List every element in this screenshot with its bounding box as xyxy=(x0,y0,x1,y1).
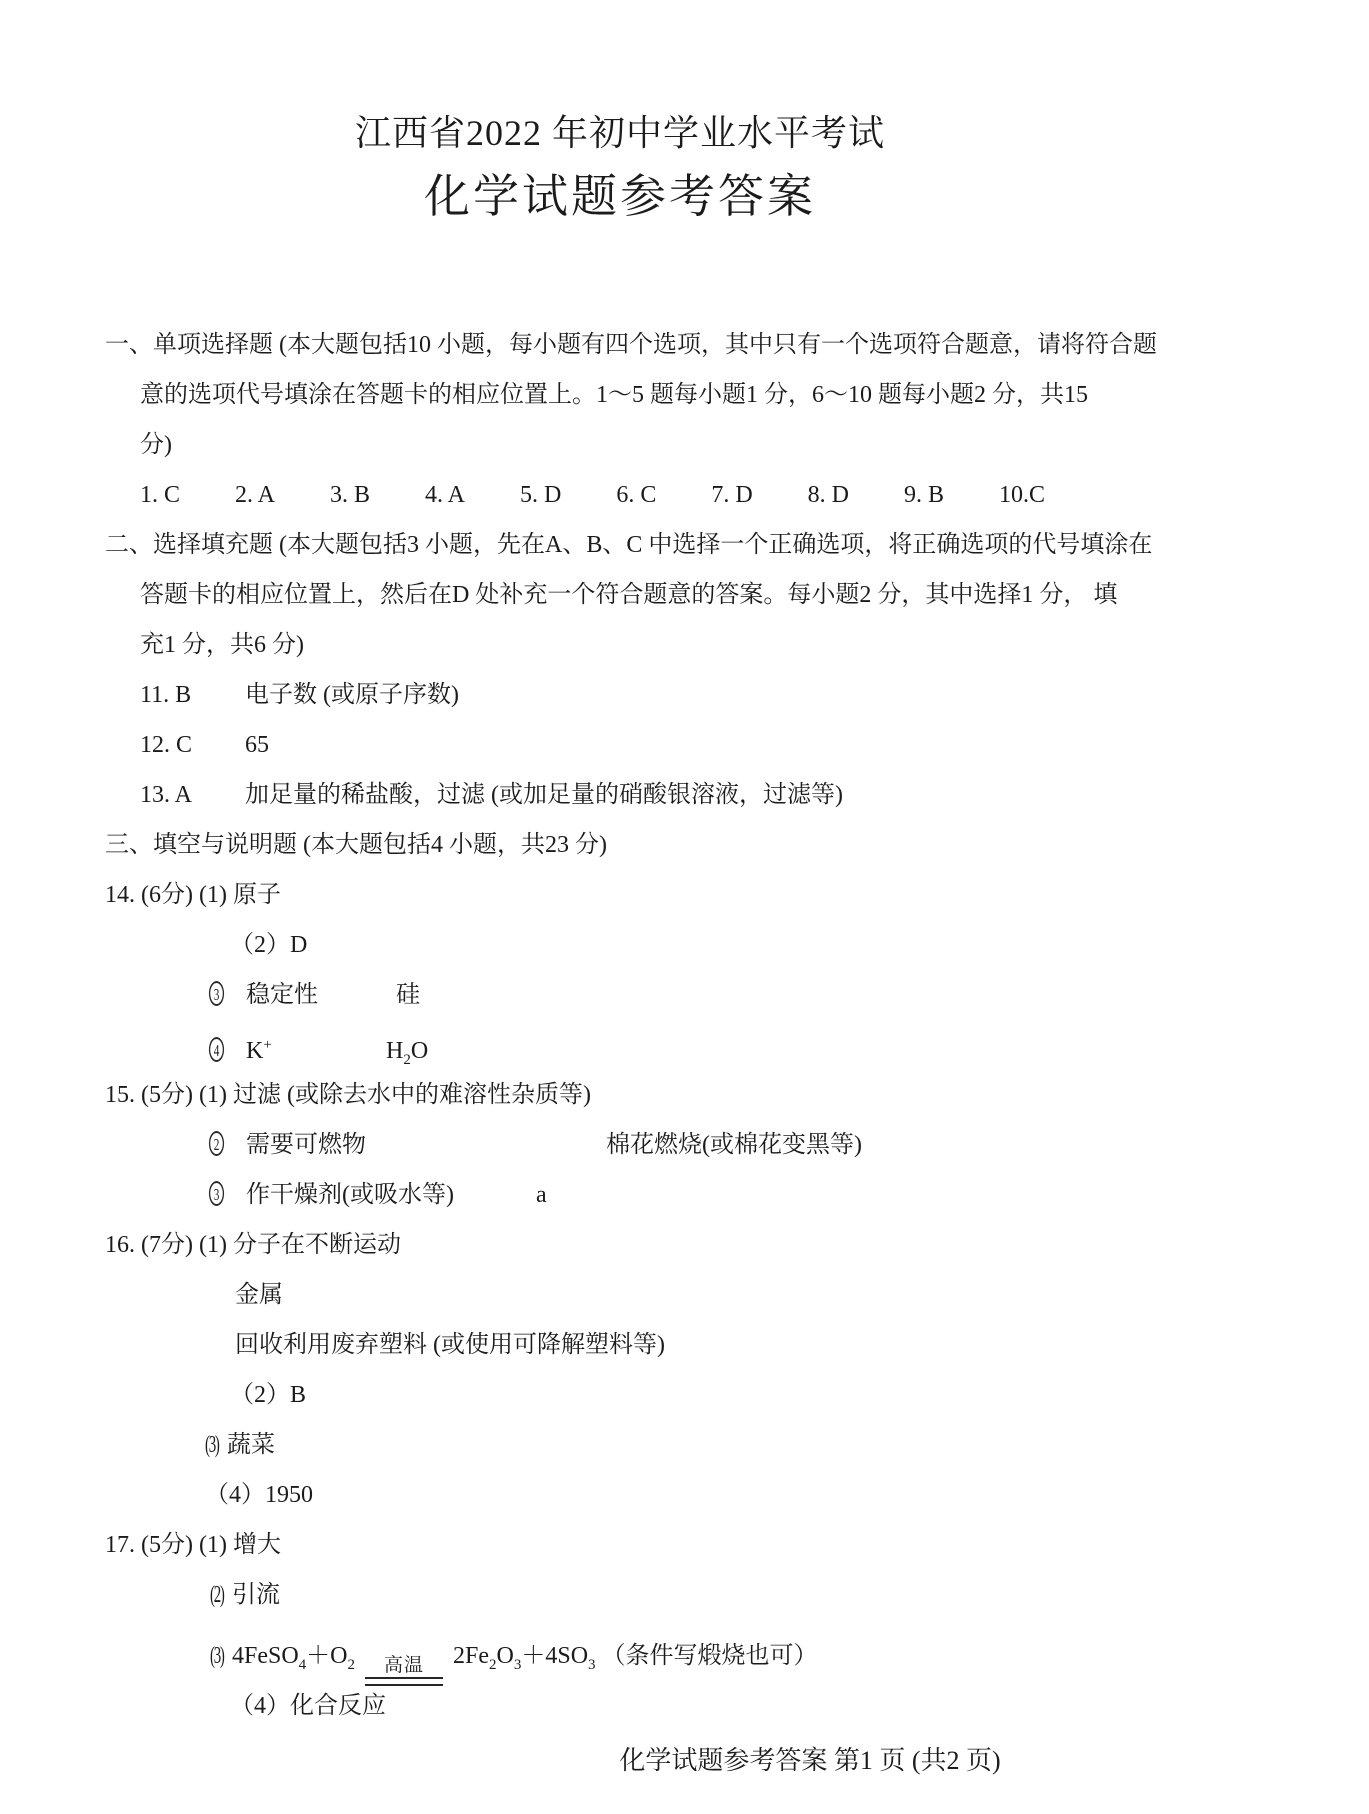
q14-line2: （2）D xyxy=(230,920,1285,970)
q14-line4: 4K+H2O xyxy=(205,1020,1285,1070)
q15-line2: 2需要可燃物棉花燃烧(或棉花变黑等) xyxy=(205,1120,1285,1170)
section3-heading: 三、填空与说明题 (本大题包括4 小题，共23 分) xyxy=(105,820,1285,870)
equation-plus2: ＋ xyxy=(521,1643,545,1669)
q16-line4: （2）B xyxy=(230,1370,1285,1420)
circled-number-3-icon: 3 xyxy=(209,981,224,1006)
circled-number-2-icon: 2 xyxy=(209,1131,224,1156)
q16-line5: (3)蔬菜 xyxy=(205,1420,1285,1470)
answer-13-label: 13. A xyxy=(140,770,245,820)
k-ion-base: K xyxy=(246,1038,263,1064)
q17-line2: (2)引流 xyxy=(210,1570,1285,1620)
q14-item3-answer-b: 硅 xyxy=(396,982,420,1008)
answer-row-13: 13. A加足量的稀盐酸，过滤 (或加足量的硝酸银溶液，过滤等) xyxy=(140,770,1285,820)
water-o: O xyxy=(411,1038,428,1064)
section2-intro-line1: 二、选择填充题 (本大题包括3 小题，先在A、B、C 中选择一个正确选项，将正确… xyxy=(105,520,1285,570)
circled-number-4-icon: 4 xyxy=(209,1037,224,1062)
q16-item3-answer: 蔬菜 xyxy=(227,1432,275,1458)
equation-plus1: ＋ xyxy=(306,1643,330,1669)
equation-rhs-b: O xyxy=(497,1643,514,1669)
equation-note: （条件写煅烧也可） xyxy=(602,1643,818,1669)
answer-row-11: 11. B电子数 (或原子序数) xyxy=(140,670,1285,720)
section1-intro-line3: 分) xyxy=(140,420,1285,470)
section1-answers-row: 1. C 2. A 3. B 4. A 5. D 6. C 7. D 8. D … xyxy=(140,470,1045,520)
equation-rhs-c-sub: 3 xyxy=(588,1657,596,1673)
answer-body: 一、单项选择题 (本大题包括10 小题，每小题有四个选项，其中只有一个选项符合题… xyxy=(105,320,1285,1731)
answer-row-12: 12. C65 xyxy=(140,720,1285,770)
water-h: H xyxy=(386,1038,403,1064)
answer-12-fill: 65 xyxy=(245,732,269,758)
q15-item3-answer-b: a xyxy=(536,1182,547,1208)
q17-item2-answer: 引流 xyxy=(232,1582,280,1608)
equation-rhs-c: 4SO xyxy=(545,1643,588,1669)
answer-12-label: 12. C xyxy=(140,720,245,770)
q14-item4-answer-a: K+ xyxy=(246,1020,386,1076)
section1-intro-line2: 意的选项代号填涂在答题卡的相应位置上。1～5 题每小题1 分，6～10 题每小题… xyxy=(140,370,1285,420)
equation-rhs-a-sub: 2 xyxy=(489,1657,497,1673)
answer-item-1: 1. C xyxy=(140,470,180,520)
section2-intro-line2: 答题卡的相应位置上，然后在D 处补充一个符合题意的答案。每小题2 分，其中选择1… xyxy=(140,570,1285,620)
answer-item-4: 4. A xyxy=(425,470,465,520)
answer-item-9: 9. B xyxy=(904,470,944,520)
answer-item-2: 2. A xyxy=(235,470,275,520)
answer-item-6: 6. C xyxy=(616,470,656,520)
q17-item3-number: (3) xyxy=(210,1631,224,1681)
answer-item-10: 10.C xyxy=(999,470,1045,520)
page-content: 江西省2022 年初中学业水平考试 化学试题参考答案 一、单项选择题 (本大题包… xyxy=(105,0,1285,1785)
answer-11-fill: 电子数 (或原子序数) xyxy=(245,682,459,708)
equation-lhs-b: O xyxy=(330,1643,347,1669)
q16-line1: 16. (7分) (1) 分子在不断运动 xyxy=(105,1220,1285,1270)
circled-number-3-icon: 3 xyxy=(209,1181,224,1206)
q17-line4: （4）化合反应 xyxy=(230,1681,1285,1731)
condition-text: 高温 xyxy=(384,1655,424,1677)
answer-sheet-page: 江西省2022 年初中学业水平考试 化学试题参考答案 一、单项选择题 (本大题包… xyxy=(0,0,1369,1814)
q17-item2-number: (2) xyxy=(210,1570,224,1620)
equation-rhs-a: 2Fe xyxy=(453,1643,489,1669)
answer-13-fill: 加足量的稀盐酸，过滤 (或加足量的硝酸银溶液，过滤等) xyxy=(245,782,843,808)
answer-item-3: 3. B xyxy=(330,470,370,520)
q15-item2-answer-a: 需要可燃物 xyxy=(246,1120,606,1170)
q16-line6: （4）1950 xyxy=(205,1470,1285,1520)
answer-11-label: 11. B xyxy=(140,670,245,720)
q16-line3: 回收利用废弃塑料 (或使用可降解塑料等) xyxy=(235,1320,1285,1370)
q17-equation-line: (3)4FeSO4＋O2高温2Fe2O3＋4SO3（条件写煅烧也可） xyxy=(210,1631,1285,1681)
q14-item3-answer-a: 稳定性 xyxy=(246,970,396,1020)
section1-intro-line1: 一、单项选择题 (本大题包括10 小题，每小题有四个选项，其中只有一个选项符合题… xyxy=(105,320,1285,370)
k-ion-charge: + xyxy=(263,1037,271,1053)
exam-title: 江西省2022 年初中学业水平考试 xyxy=(105,112,1135,154)
page-footer: 化学试题参考答案 第1 页 (共2 页) xyxy=(105,1737,1325,1785)
q17-line1: 17. (5分) (1) 增大 xyxy=(105,1520,1285,1570)
q15-line3: 3作干燥剂(或吸水等)a xyxy=(205,1170,1285,1220)
q14-line3: 3稳定性硅 xyxy=(205,970,1285,1020)
q15-item3-answer-a: 作干燥剂(或吸水等) xyxy=(246,1170,536,1220)
q14-line1: 14. (6分) (1) 原子 xyxy=(105,870,1285,920)
q15-item2-answer-b: 棉花燃烧(或棉花变黑等) xyxy=(606,1132,862,1158)
page-title: 化学试题参考答案 xyxy=(105,170,1135,224)
answer-item-5: 5. D xyxy=(520,470,561,520)
answer-item-7: 7. D xyxy=(711,470,752,520)
q16-line2: 金属 xyxy=(235,1270,1285,1320)
q15-line1: 15. (5分) (1) 过滤 (或除去水中的难溶性杂质等) xyxy=(105,1070,1285,1120)
equation-lhs-b-sub: 2 xyxy=(348,1657,356,1673)
water-sub: 2 xyxy=(403,1052,411,1068)
q16-item3-number: (3) xyxy=(205,1420,219,1470)
equation-lhs-a: 4FeSO xyxy=(232,1643,299,1669)
q14-item4-answer-b: H2O xyxy=(386,1038,428,1064)
answer-item-8: 8. D xyxy=(808,470,849,520)
section2-intro-line3: 充1 分，共6 分) xyxy=(140,620,1285,670)
